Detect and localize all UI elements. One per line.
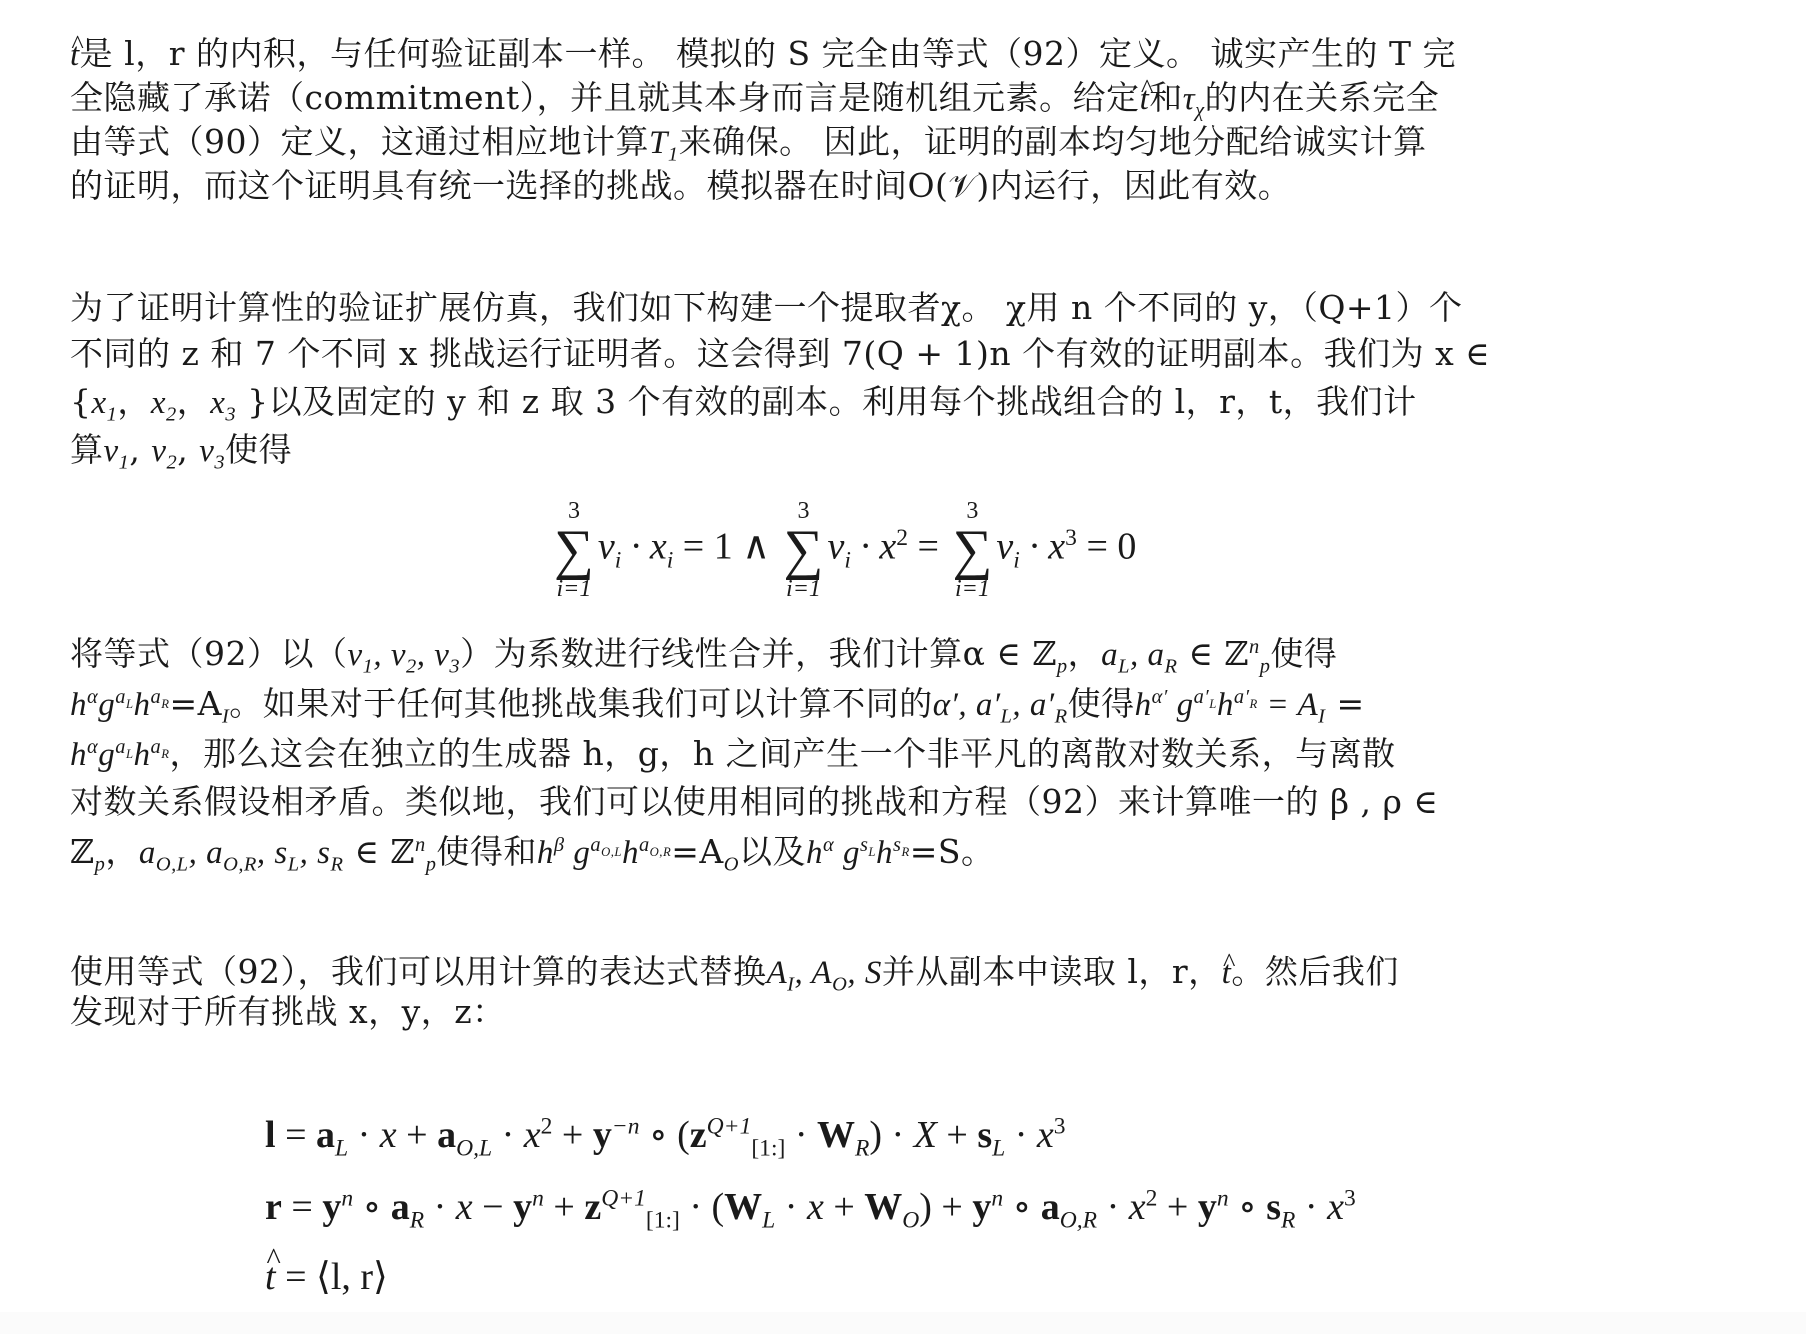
tau-x: τχ [1183, 81, 1205, 117]
big-o: O(𝒱) [908, 166, 990, 205]
p3-line5: ℤp，aO,L, aO,R, sL, sR ∈ ℤnp使得和hβ gaO,Lha… [70, 830, 994, 875]
T1: T1 [649, 125, 679, 161]
p2-line2: 不同的 z 和 7 个不同 x 挑战运行证明者。这会得到 7(Q + 1)n 个… [70, 332, 1490, 376]
p1-line2: 全隐藏了承诺（commitment），并且就其本身而言是随机组元素。给定t和τχ… [70, 76, 1439, 121]
p2-line3: {x1，x2，x3 }以及固定的 y 和 z 取 3 个有效的副本。利用每个挑战… [70, 380, 1417, 425]
p1-line2-text-c: 的内在关系完全 [1205, 78, 1440, 117]
equation-t: t = ⟨l, r⟩ [265, 1254, 388, 1299]
sum-equation: 3∑i=1νi · xi = 1 ∧ 3∑i=1νi · x2 = 3∑i=1ν… [550, 498, 1136, 602]
t-hat: t [1140, 77, 1150, 121]
p4-line1: 使用等式（92），我们可以用计算的表达式替换AI, AO, S并从副本中读取 l… [70, 950, 1399, 995]
p1-line2-text-a: 全隐藏了承诺（commitment），并且就其本身而言是随机组元素。给定 [70, 78, 1140, 117]
p2-line4: 算v1, v2, v3使得 [70, 428, 292, 473]
p1-line3: 由等式（90）定义，这通过相应地计算T1来确保。 因此，证明的副本均匀地分配给诚… [70, 120, 1427, 165]
p2-line1: 为了证明计算性的验证扩展仿真，我们如下构建一个提取者χ。 χ用 n 个不同的 y… [70, 286, 1463, 330]
bottom-edge [0, 1312, 1806, 1334]
p1-line1-text: 是 l，r 的内积，与任何验证副本一样。 模拟的 S 完全由等式（92）定义。 … [80, 34, 1456, 73]
p1-line1: t是 l，r 的内积，与任何验证副本一样。 模拟的 S 完全由等式（92）定义。… [70, 32, 1456, 77]
p1-line4-text-a: 的证明，而这个证明具有统一选择的挑战。模拟器在时间 [70, 166, 908, 205]
p3-line2: hαgaLhaR=AI。如果对于任何其他挑战集我们可以计算不同的α′, a′L,… [70, 682, 1365, 727]
p1-line3-text-b: 来确保。 因此，证明的副本均匀地分配给诚实计算 [679, 122, 1427, 161]
p4-line2: 发现对于所有挑战 x，y，z： [70, 990, 506, 1034]
document-page: t是 l，r 的内积，与任何验证副本一样。 模拟的 S 完全由等式（92）定义。… [0, 0, 1806, 1334]
p3-line3: hαgaLhaR，那么这会在独立的生成器 h，g，h 之间产生一个非平凡的离散对… [70, 732, 1396, 777]
p1-line3-text-a: 由等式（90）定义，这通过相应地计算 [70, 122, 649, 161]
p3-line4: 对数关系假设相矛盾。类似地，我们可以使用相同的挑战和方程（92）来计算唯一的 β… [70, 780, 1438, 824]
equation-l: l = aL · x + aO,L · x2 + y−n ∘ (zQ+1[1:]… [265, 1112, 1066, 1157]
p1-line4: 的证明，而这个证明具有统一选择的挑战。模拟器在时间O(𝒱)内运行，因此有效。 [70, 164, 1291, 208]
p1-line2-text-b: 和 [1149, 78, 1183, 117]
p1-line4-text-b: 内运行，因此有效。 [990, 166, 1292, 205]
p3-line1: 将等式（92）以（v1, v2, v3）为系数进行线性合并，我们计算α ∈ ℤp… [70, 632, 1337, 677]
equation-r: r = yn ∘ aR · x − yn + zQ+1[1:] · (WL · … [265, 1184, 1356, 1229]
t-hat: t [70, 33, 80, 77]
